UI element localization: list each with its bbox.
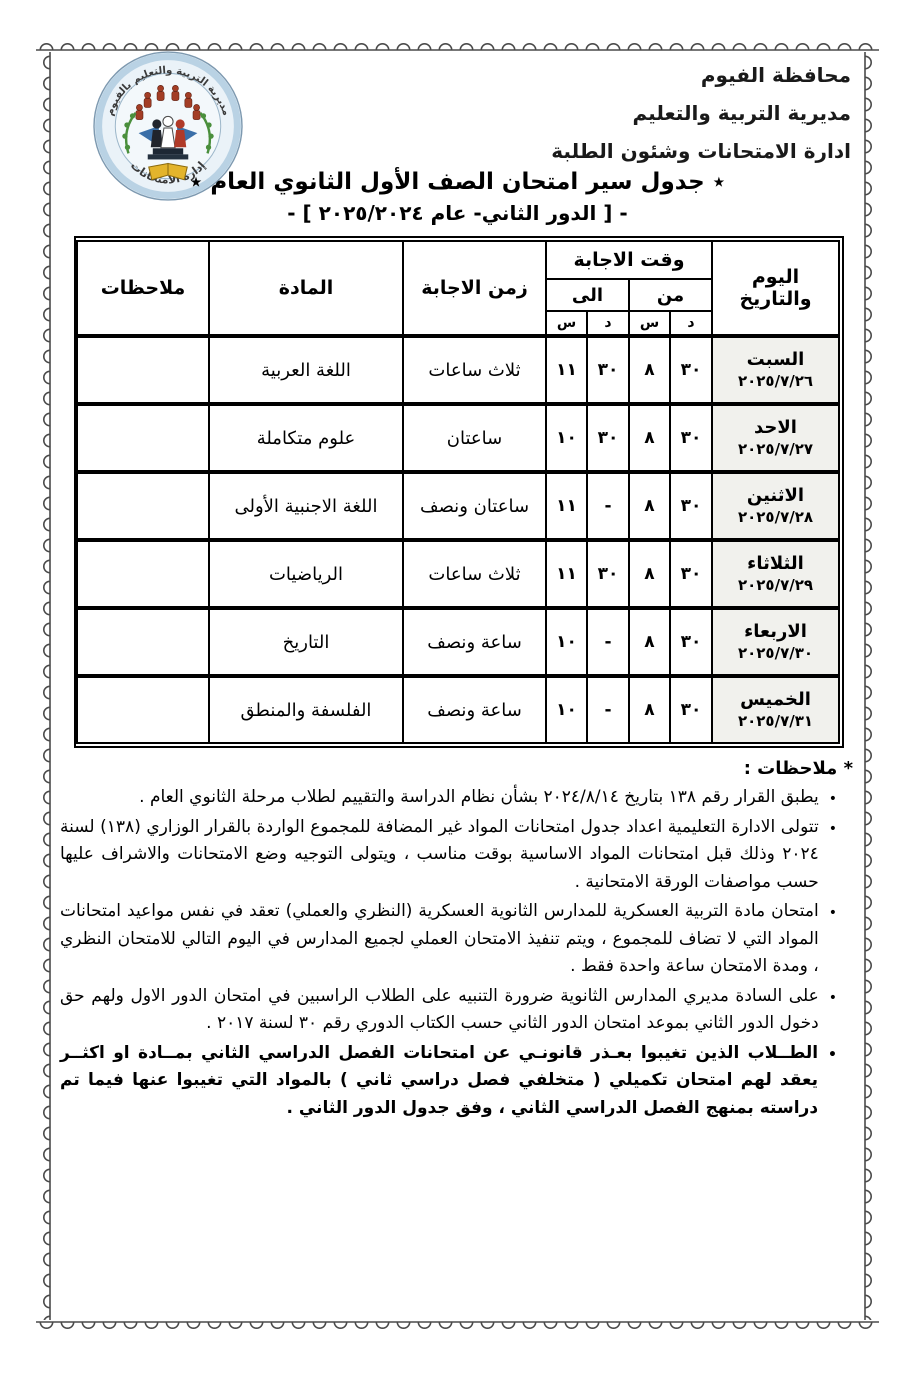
- cell-to-hours: ١٠: [546, 404, 587, 472]
- cell-to-minutes: -: [587, 472, 629, 540]
- cell-day-date: السبت ٢٠٢٥/٧/٢٦: [712, 336, 839, 404]
- cell-note: [77, 540, 209, 608]
- table-row: الثلاثاء ٢٠٢٥/٧/٢٩ ٣٠ ٨ ٣٠ ١١ ثلاث ساعات…: [77, 540, 839, 608]
- cell-from-hours: ٨: [629, 336, 670, 404]
- org-header-block: محافظة الفيوم مديرية التربية والتعليم اد…: [551, 56, 851, 170]
- day-date: ٢٠٢٥/٧/٢٩: [715, 576, 836, 596]
- cell-duration: ثلاث ساعات: [403, 336, 546, 404]
- cell-to-minutes: ٣٠: [587, 540, 629, 608]
- day-date: ٢٠٢٥/٧/٣١: [715, 712, 836, 732]
- cell-duration: ساعتان: [403, 404, 546, 472]
- cell-day-date: الثلاثاء ٢٠٢٥/٧/٢٩: [712, 540, 839, 608]
- day-name: الاحد: [715, 416, 836, 440]
- cell-subject: الرياضيات: [209, 540, 403, 608]
- cell-duration: ساعة ونصف: [403, 676, 546, 743]
- bullet-icon: •: [828, 1040, 837, 1067]
- cell-day-date: الخميس ٢٠٢٥/٧/٣١: [712, 676, 839, 743]
- day-name: السبت: [715, 348, 836, 372]
- cell-subject: التاريخ: [209, 608, 403, 676]
- logo-figure-dark: [151, 119, 163, 147]
- bullet-icon: •: [829, 784, 837, 811]
- stamp-border-left: [36, 52, 52, 1320]
- cell-to-hours: ١٠: [546, 608, 587, 676]
- note-text: يطبق القرار رقم ١٣٨ بتاريخ ٢٠٢٤/٨/١٤ بشأ…: [60, 784, 819, 812]
- cell-from-hours: ٨: [629, 540, 670, 608]
- cell-subject: الفلسفة والمنطق: [209, 676, 403, 743]
- cell-from-minutes: ٣٠: [670, 472, 712, 540]
- exam-table-head: اليوم والتاريخ وقت الاجابة زمن الاجابة ا…: [77, 241, 839, 336]
- cell-day-date: الاحد ٢٠٢٥/٧/٢٧: [712, 404, 839, 472]
- cell-to-minutes: -: [587, 608, 629, 676]
- col-header-from-hours: س: [629, 311, 670, 336]
- cell-to-hours: ١١: [546, 540, 587, 608]
- bullet-icon: •: [829, 898, 837, 925]
- notes-list: • يطبق القرار رقم ١٣٨ بتاريخ ٢٠٢٤/٨/١٤ ب…: [60, 784, 853, 1122]
- col-header-day-date: اليوم والتاريخ: [712, 241, 839, 336]
- cell-from-minutes: ٣٠: [670, 608, 712, 676]
- exam-table-body: السبت ٢٠٢٥/٧/٢٦ ٣٠ ٨ ٣٠ ١١ ثلاث ساعات ال…: [77, 336, 839, 743]
- day-name: الخميس: [715, 688, 836, 712]
- cell-note: [77, 608, 209, 676]
- cell-subject: علوم متكاملة: [209, 404, 403, 472]
- cell-subject: اللغة الاجنبية الأولى: [209, 472, 403, 540]
- cell-from-hours: ٨: [629, 676, 670, 743]
- cell-to-hours: ١١: [546, 336, 587, 404]
- org-line-administration: ادارة الامتحانات وشئون الطلبة: [551, 132, 851, 170]
- cell-day-date: الاربعاء ٢٠٢٥/٧/٣٠: [712, 608, 839, 676]
- note-item: • الطــلاب الذين تغيبوا بعـذر قانونـي عن…: [60, 1040, 837, 1123]
- stamp-border-bottom: [36, 1320, 879, 1336]
- col-header-to-hours: س: [546, 311, 587, 336]
- logo-pedestal-top: [153, 148, 183, 154]
- notes-heading: * ملاحظات :: [60, 758, 853, 779]
- cell-to-hours: ١٠: [546, 676, 587, 743]
- day-date: ٢٠٢٥/٧/٢٨: [715, 508, 836, 528]
- col-header-duration: زمن الاجابة: [403, 241, 546, 336]
- cell-to-minutes: -: [587, 676, 629, 743]
- bullet-icon: •: [829, 983, 837, 1010]
- col-header-to: الى: [546, 279, 629, 311]
- cell-to-hours: ١١: [546, 472, 587, 540]
- day-date: ٢٠٢٥/٧/٣٠: [715, 644, 836, 664]
- cell-from-hours: ٨: [629, 608, 670, 676]
- cell-from-minutes: ٣٠: [670, 404, 712, 472]
- notes-section: * ملاحظات : • يطبق القرار رقم ١٣٨ بتاريخ…: [60, 758, 853, 1124]
- col-header-answer-time: وقت الاجابة: [546, 241, 712, 279]
- cell-to-minutes: ٣٠: [587, 404, 629, 472]
- cell-duration: ساعة ونصف: [403, 608, 546, 676]
- exam-table-frame: اليوم والتاريخ وقت الاجابة زمن الاجابة ا…: [74, 236, 844, 748]
- day-name: الثلاثاء: [715, 552, 836, 576]
- day-name: الاربعاء: [715, 620, 836, 644]
- cell-from-hours: ٨: [629, 472, 670, 540]
- logo-figure-white: [161, 116, 175, 147]
- cell-day-date: الاثنين ٢٠٢٥/٧/٢٨: [712, 472, 839, 540]
- cell-from-minutes: ٣٠: [670, 336, 712, 404]
- cell-note: [77, 404, 209, 472]
- cell-duration: ثلاث ساعات: [403, 540, 546, 608]
- bullet-icon: •: [829, 814, 837, 841]
- cell-note: [77, 336, 209, 404]
- table-row: السبت ٢٠٢٥/٧/٢٦ ٣٠ ٨ ٣٠ ١١ ثلاث ساعات ال…: [77, 336, 839, 404]
- cell-from-minutes: ٣٠: [670, 676, 712, 743]
- logo-pedestal-base: [148, 154, 189, 159]
- table-row: الاربعاء ٢٠٢٥/٧/٣٠ ٣٠ ٨ - ١٠ ساعة ونصف ا…: [77, 608, 839, 676]
- logo-figure-red: [174, 119, 186, 147]
- note-text: تتولى الادارة التعليمية اعداد جدول امتحا…: [60, 814, 819, 897]
- cell-from-hours: ٨: [629, 404, 670, 472]
- document-page: محافظة الفيوم مديرية التربية والتعليم اد…: [0, 0, 915, 1400]
- table-row: الخميس ٢٠٢٥/٧/٣١ ٣٠ ٨ - ١٠ ساعة ونصف الف…: [77, 676, 839, 743]
- cell-to-minutes: ٣٠: [587, 336, 629, 404]
- page-title: ٭ جدول سير امتحان الصف الأول الثانوي الع…: [0, 169, 915, 195]
- stamp-border-right: [863, 52, 879, 1320]
- note-item: • على السادة مديري المدارس الثانوية ضرور…: [60, 983, 837, 1038]
- cell-subject: اللغة العربية: [209, 336, 403, 404]
- org-line-governorate: محافظة الفيوم: [551, 56, 851, 94]
- cell-from-minutes: ٣٠: [670, 540, 712, 608]
- table-row: الاثنين ٢٠٢٥/٧/٢٨ ٣٠ ٨ - ١١ ساعتان ونصف …: [77, 472, 839, 540]
- note-item: • امتحان مادة التربية العسكرية للمدارس ا…: [60, 898, 837, 981]
- cell-duration: ساعتان ونصف: [403, 472, 546, 540]
- day-date: ٢٠٢٥/٧/٢٦: [715, 372, 836, 392]
- note-text: الطــلاب الذين تغيبوا بعـذر قانونـي عن ا…: [60, 1040, 818, 1123]
- col-header-from-minutes: د: [670, 311, 712, 336]
- note-item: • تتولى الادارة التعليمية اعداد جدول امت…: [60, 814, 837, 897]
- col-header-subject: المادة: [209, 241, 403, 336]
- table-row: الاحد ٢٠٢٥/٧/٢٧ ٣٠ ٨ ٣٠ ١٠ ساعتان علوم م…: [77, 404, 839, 472]
- exam-schedule-table: اليوم والتاريخ وقت الاجابة زمن الاجابة ا…: [76, 240, 840, 744]
- col-header-notes: ملاحظات: [77, 241, 209, 336]
- day-name: الاثنين: [715, 484, 836, 508]
- col-header-from: من: [629, 279, 712, 311]
- cell-note: [77, 472, 209, 540]
- page-subtitle: - [ الدور الثاني- عام ٢٠٢٥/٢٠٢٤ ] -: [0, 201, 915, 225]
- note-text: امتحان مادة التربية العسكرية للمدارس الث…: [60, 898, 819, 981]
- note-item: • يطبق القرار رقم ١٣٨ بتاريخ ٢٠٢٤/٨/١٤ ب…: [60, 784, 837, 812]
- org-line-directorate: مديرية التربية والتعليم: [551, 94, 851, 132]
- day-date: ٢٠٢٥/٧/٢٧: [715, 440, 836, 460]
- col-header-to-minutes: د: [587, 311, 629, 336]
- note-text: على السادة مديري المدارس الثانوية ضرورة …: [60, 983, 819, 1038]
- cell-note: [77, 676, 209, 743]
